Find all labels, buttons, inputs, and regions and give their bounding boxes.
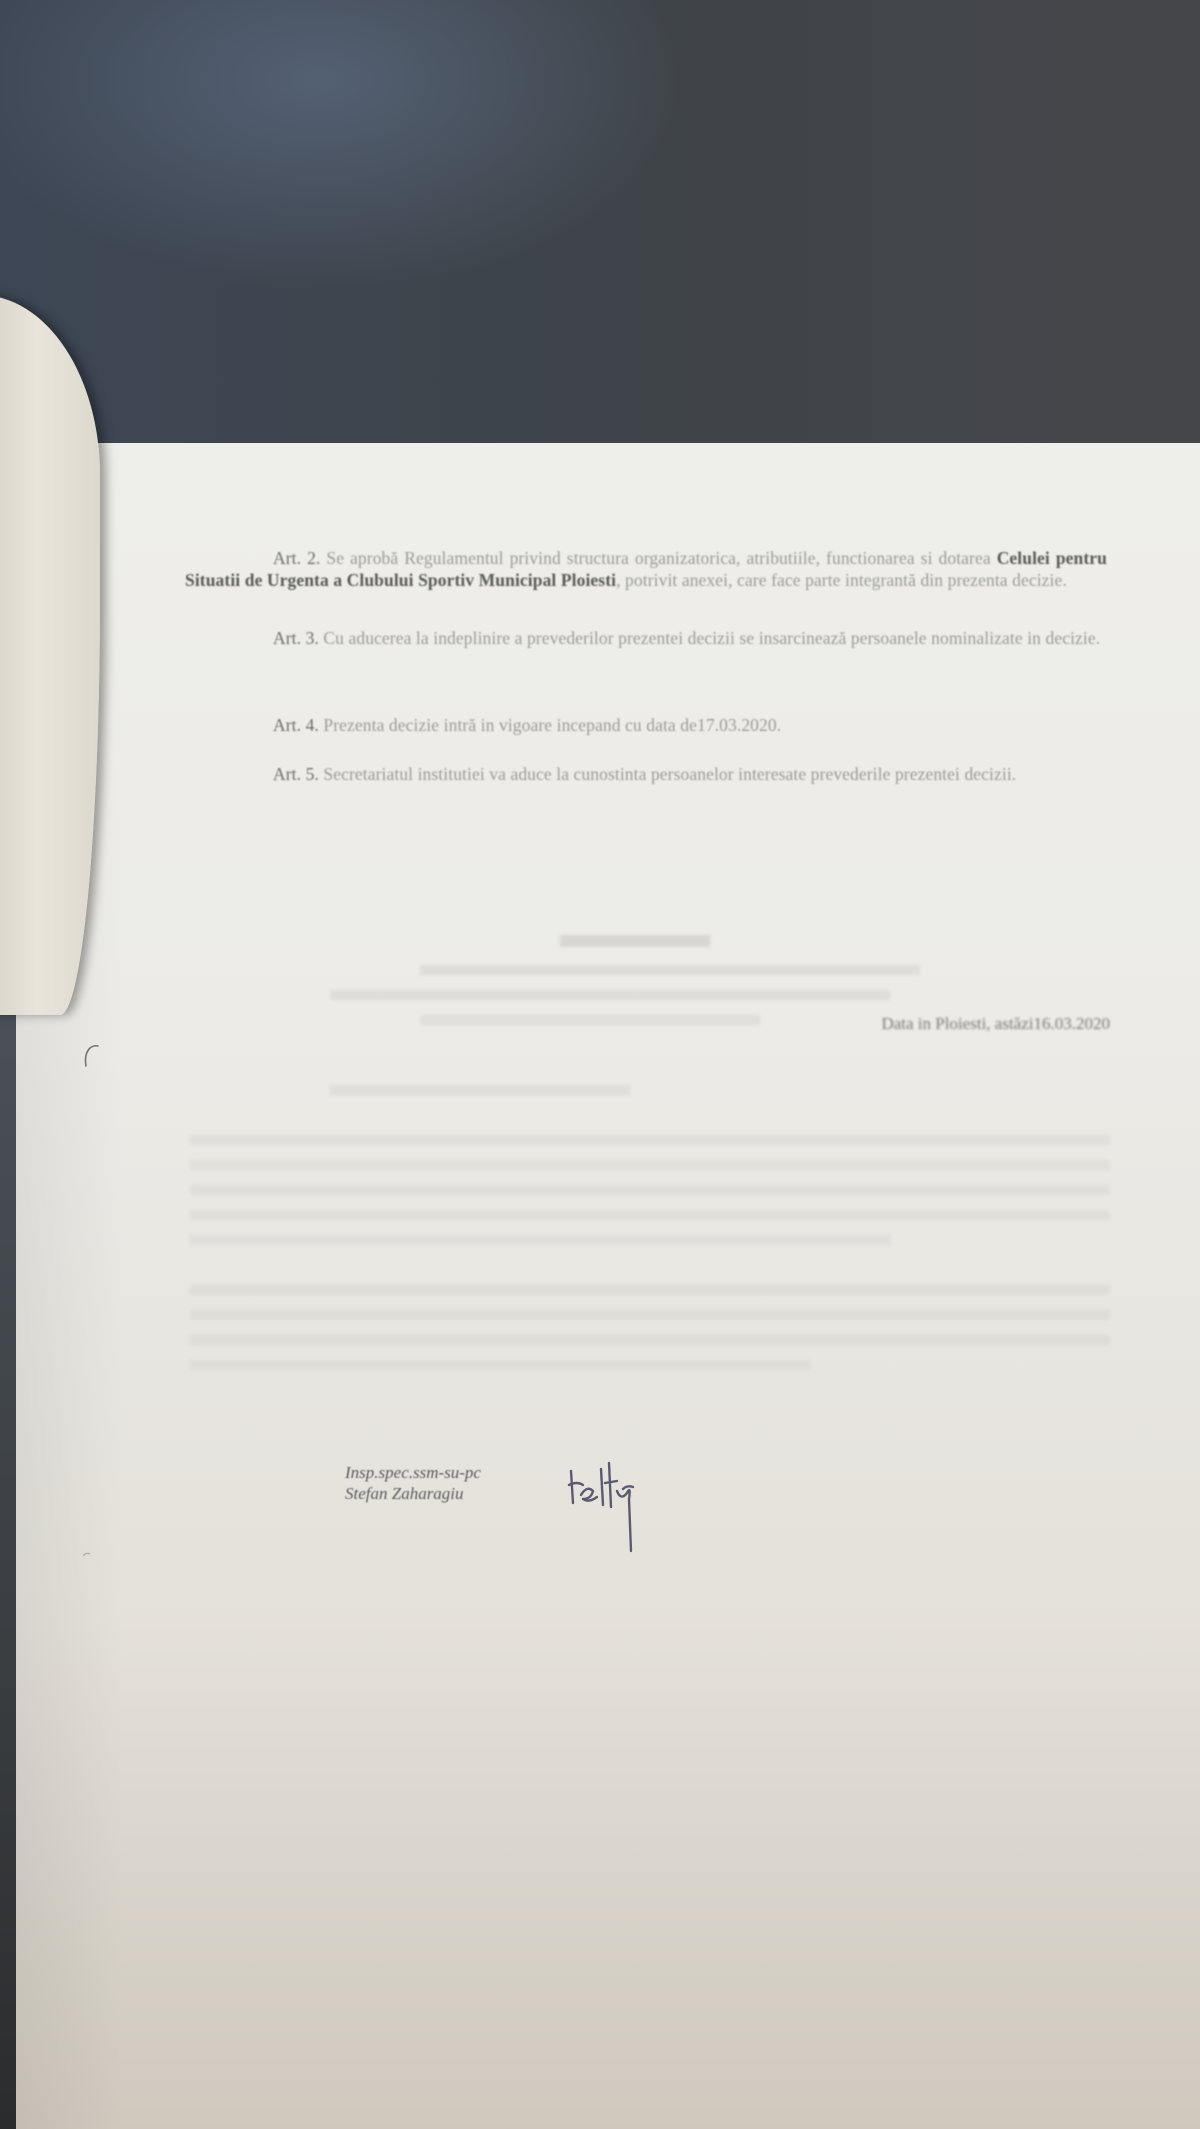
article-2-label: Art. 2. (273, 548, 320, 568)
article-3-label: Art. 3. (273, 628, 319, 648)
date-place-line: Data in Ploiesti, astăzi16.03.2020 (780, 1014, 1110, 1034)
article-5-label: Art. 5. (273, 764, 319, 784)
document-body: Art. 2. Se aprobă Regulamentul privind s… (0, 0, 1200, 900)
article-3: Art. 3. Cu aducerea la indeplinire a pre… (185, 627, 1107, 649)
article-2-text-a: Se aprobă Regulamentul privind structura… (326, 548, 996, 568)
signer-name: Stefan Zaharagiu (345, 1483, 481, 1504)
article-3-text: Cu aducerea la indeplinire a prevederilo… (323, 628, 1100, 648)
article-4: Art. 4. Prezenta decizie intră in vigoar… (185, 714, 1107, 736)
article-5-text: Secretariatul institutiei va aduce la cu… (323, 764, 1016, 784)
margin-mark-icon (80, 1040, 102, 1070)
margin-dot-icon (80, 1548, 94, 1562)
article-4-text: Prezenta decizie intră in vigoare incepa… (323, 715, 781, 735)
article-2: Art. 2. Se aprobă Regulamentul privind s… (185, 547, 1107, 591)
article-4-label: Art. 4. (273, 715, 319, 735)
signer-block: Insp.spec.ssm-su-pc Stefan Zaharagiu (345, 1462, 481, 1504)
signer-title: Insp.spec.ssm-su-pc (345, 1462, 481, 1483)
article-5: Art. 5. Secretariatul institutiei va adu… (185, 763, 1107, 785)
article-2-text-c: , potrivit anexei, care face parte integ… (616, 570, 1067, 590)
handwritten-signature-icon (565, 1455, 660, 1565)
